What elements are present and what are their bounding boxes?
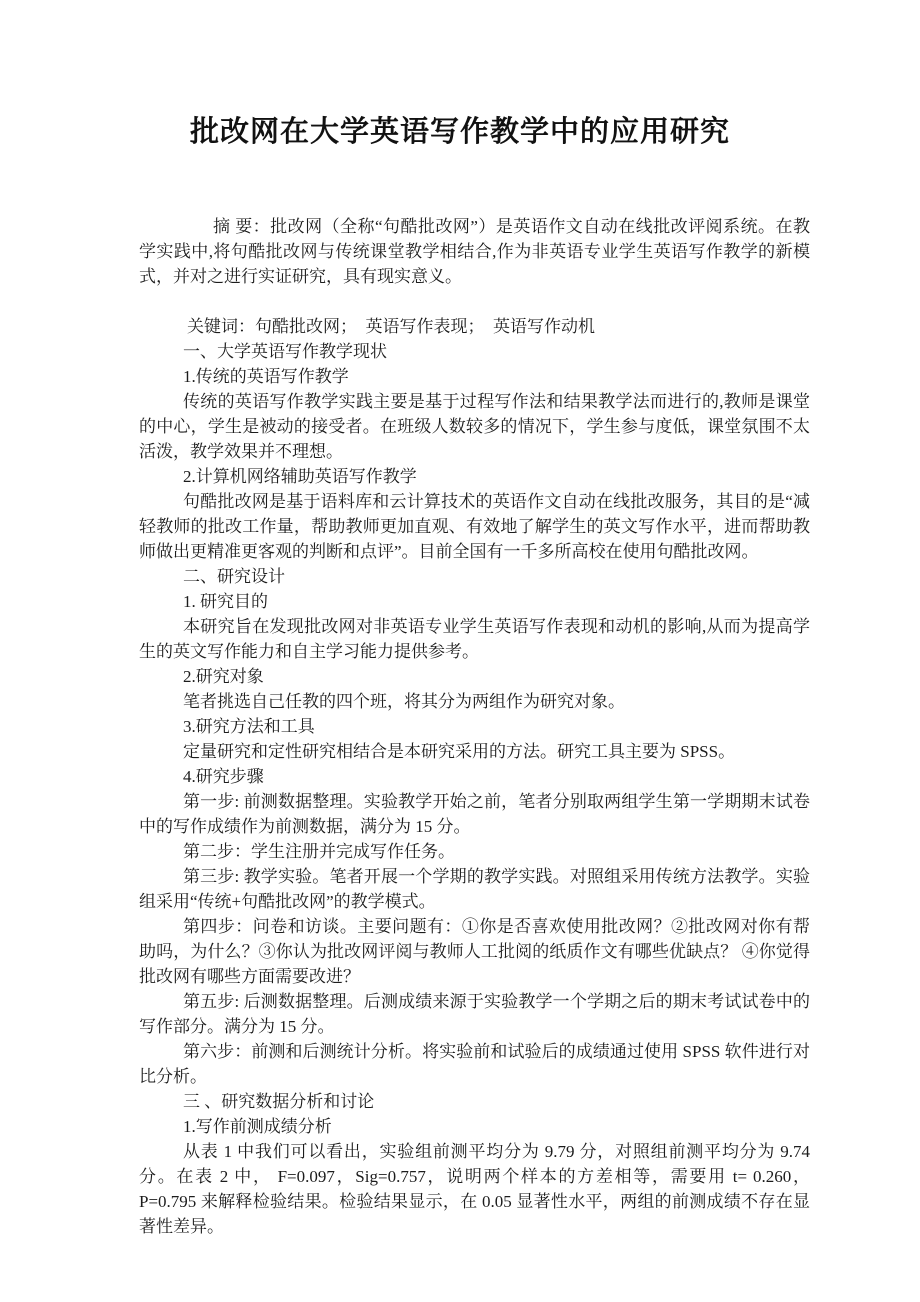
- heading-writing-status: 一、大学英语写作教学现状: [139, 339, 810, 364]
- paragraph-traditional-teaching: 传统的英语写作教学实践主要是基于过程写作法和结果教学法而进行的,教师是课堂的中心…: [139, 389, 810, 464]
- document-body: 摘 要：批改网（全称“句酷批改网”）是英语作文自动在线批改评阅系统。在教学实践中…: [139, 214, 810, 1239]
- paragraph-methods-tools: 定量研究和定性研究相结合是本研究采用的方法。研究工具主要为 SPSS。: [139, 739, 810, 764]
- paragraph-step-3: 第三步: 教学实验。笔者开展一个学期的教学实践。对照组采用传统方法教学。实验组采…: [139, 864, 810, 914]
- paragraph-step-5: 第五步: 后测数据整理。后测成绩来源于实验教学一个学期之后的期末考试试卷中的写作…: [139, 989, 810, 1039]
- paragraph-research-subjects: 笔者挑选自己任教的四个班，将其分为两组作为研究对象。: [139, 689, 810, 714]
- heading-research-purpose: 1. 研究目的: [139, 589, 810, 614]
- heading-traditional-teaching: 1.传统的英语写作教学: [139, 364, 810, 389]
- heading-research-design: 二、研究设计: [139, 564, 810, 589]
- heading-methods-tools: 3.研究方法和工具: [139, 714, 810, 739]
- paragraph-pretest-analysis: 从表 1 中我们可以看出，实验组前测平均分为 9.79 分，对照组前测平均分为 …: [139, 1139, 810, 1239]
- document-title: 批改网在大学英语写作教学中的应用研究: [0, 0, 920, 151]
- paragraph-step-4: 第四步：问卷和访谈。主要问题有：①你是否喜欢使用批改网？②批改网对你有帮助吗，为…: [139, 914, 810, 989]
- paragraph-step-2: 第二步：学生注册并完成写作任务。: [139, 839, 810, 864]
- keywords-line: 关键词：句酷批改网； 英语写作表现； 英语写作动机: [139, 314, 810, 339]
- paragraph-step-1: 第一步: 前测数据整理。实验教学开始之前，笔者分别取两组学生第一学期期末试卷中的…: [139, 789, 810, 839]
- abstract-paragraph: 摘 要：批改网（全称“句酷批改网”）是英语作文自动在线批改评阅系统。在教学实践中…: [139, 214, 810, 289]
- paragraph-step-6: 第六步：前测和后测统计分析。将实验前和试验后的成绩通过使用 SPSS 软件进行对…: [139, 1039, 810, 1089]
- heading-pretest-analysis: 1.写作前测成绩分析: [139, 1114, 810, 1139]
- paragraph-pigai-intro: 句酷批改网是基于语料库和云计算技术的英语作文自动在线批改服务，其目的是“减轻教师…: [139, 489, 810, 564]
- heading-research-steps: 4.研究步骤: [139, 764, 810, 789]
- document-page: 批改网在大学英语写作教学中的应用研究 摘 要：批改网（全称“句酷批改网”）是英语…: [0, 0, 920, 1302]
- paragraph-research-purpose: 本研究旨在发现批改网对非英语专业学生英语写作表现和动机的影响,从而为提高学生的英…: [139, 614, 810, 664]
- heading-computer-assisted: 2.计算机网络辅助英语写作教学: [139, 464, 810, 489]
- heading-research-subjects: 2.研究对象: [139, 664, 810, 689]
- heading-data-analysis: 三 、研究数据分析和讨论: [139, 1089, 810, 1114]
